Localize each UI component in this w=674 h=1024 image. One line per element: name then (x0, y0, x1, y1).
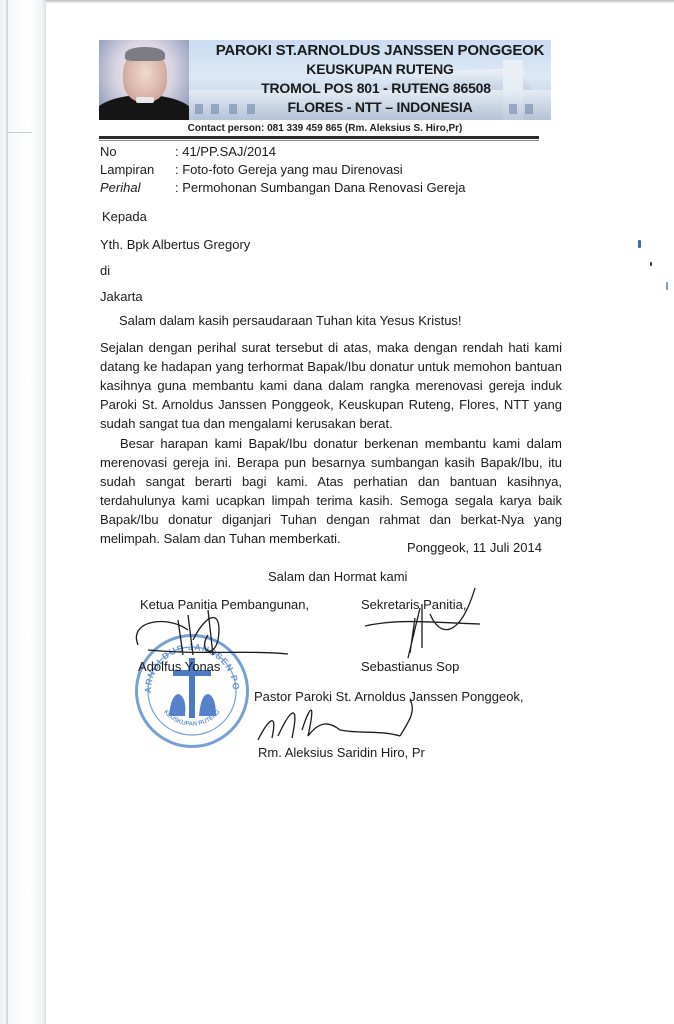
meta-value: : Foto-foto Gereja yang mau Direnovasi (175, 161, 403, 179)
secretary-signature-icon (360, 578, 490, 668)
chair-name: Adolfus Yonas (138, 658, 220, 676)
scan-top-edge (46, 0, 674, 3)
chair-title: Ketua Panitia Pembangunan, (140, 596, 309, 614)
letterhead-text: PAROKI ST.ARNOLDUS JANSSEN PONGGEOK KEUS… (189, 41, 551, 117)
meta-row-subject: Perihal : Permohonan Sumbangan Dana Reno… (100, 179, 466, 197)
greeting: Salam dalam kasih persaudaraan Tuhan kit… (119, 312, 462, 330)
letterhead: PAROKI ST.ARNOLDUS JANSSEN PONGGEOK KEUS… (99, 40, 551, 120)
meta-row-attachment: Lampiran : Foto-foto Gereja yang mau Dir… (100, 161, 466, 179)
address-to: Kepada (102, 208, 147, 226)
founder-portrait-icon (99, 40, 189, 120)
pastor-name: Rm. Aleksius Saridin Hiro, Pr (258, 744, 425, 762)
region-country: FLORES - NTT – INDONESIA (189, 98, 551, 117)
address-di: di (100, 262, 110, 280)
scan-edge-line (6, 0, 8, 1024)
ink-speck (650, 262, 652, 266)
meta-value: : 41/PP.SAJ/2014 (175, 143, 276, 161)
meta-label: No (100, 143, 175, 161)
header-divider-thin (99, 140, 539, 141)
letter-meta: No : 41/PP.SAJ/2014 Lampiran : Foto-foto… (100, 143, 466, 197)
secretary-name: Sebastianus Sop (361, 658, 459, 676)
postal-address: TROMOL POS 801 - RUTENG 86508 (189, 79, 551, 98)
meta-label: Lampiran (100, 161, 175, 179)
body-paragraph-1: Sejalan dengan perihal surat tersebut di… (100, 338, 562, 433)
ink-speck (666, 282, 668, 290)
meta-value: : Permohonan Sumbangan Dana Renovasi Ger… (175, 179, 466, 197)
parish-name: PAROKI ST.ARNOLDUS JANSSEN PONGGEOK (189, 41, 551, 60)
contact-person: Contact person: 081 339 459 865 (Rm. Ale… (99, 123, 551, 134)
parish-seal-icon: PAROKI ARNOLDUS JANSSEN PONGGEOK KEUSKUP… (135, 634, 249, 748)
diocese-name: KEUSKUPAN RUTENG (189, 60, 551, 79)
recipient-city: Jakarta (100, 288, 143, 306)
header-divider (99, 136, 539, 139)
secretary-title: Sekretaris Panitia, (361, 596, 467, 614)
recipient-name: Yth. Bpk Albertus Gregory (100, 236, 250, 254)
closing-salutation: Salam dan Hormat kami (268, 568, 407, 586)
place-date: Ponggeok, 11 Juli 2014 (407, 539, 542, 557)
meta-label: Perihal (100, 179, 175, 197)
scan-mark (6, 132, 32, 133)
body-paragraph-2: Besar harapan kami Bapak/Ibu donatur ber… (100, 434, 562, 548)
pastor-title: Pastor Paroki St. Arnoldus Janssen Pongg… (254, 688, 524, 706)
meta-row-number: No : 41/PP.SAJ/2014 (100, 143, 466, 161)
ink-speck (638, 240, 641, 248)
